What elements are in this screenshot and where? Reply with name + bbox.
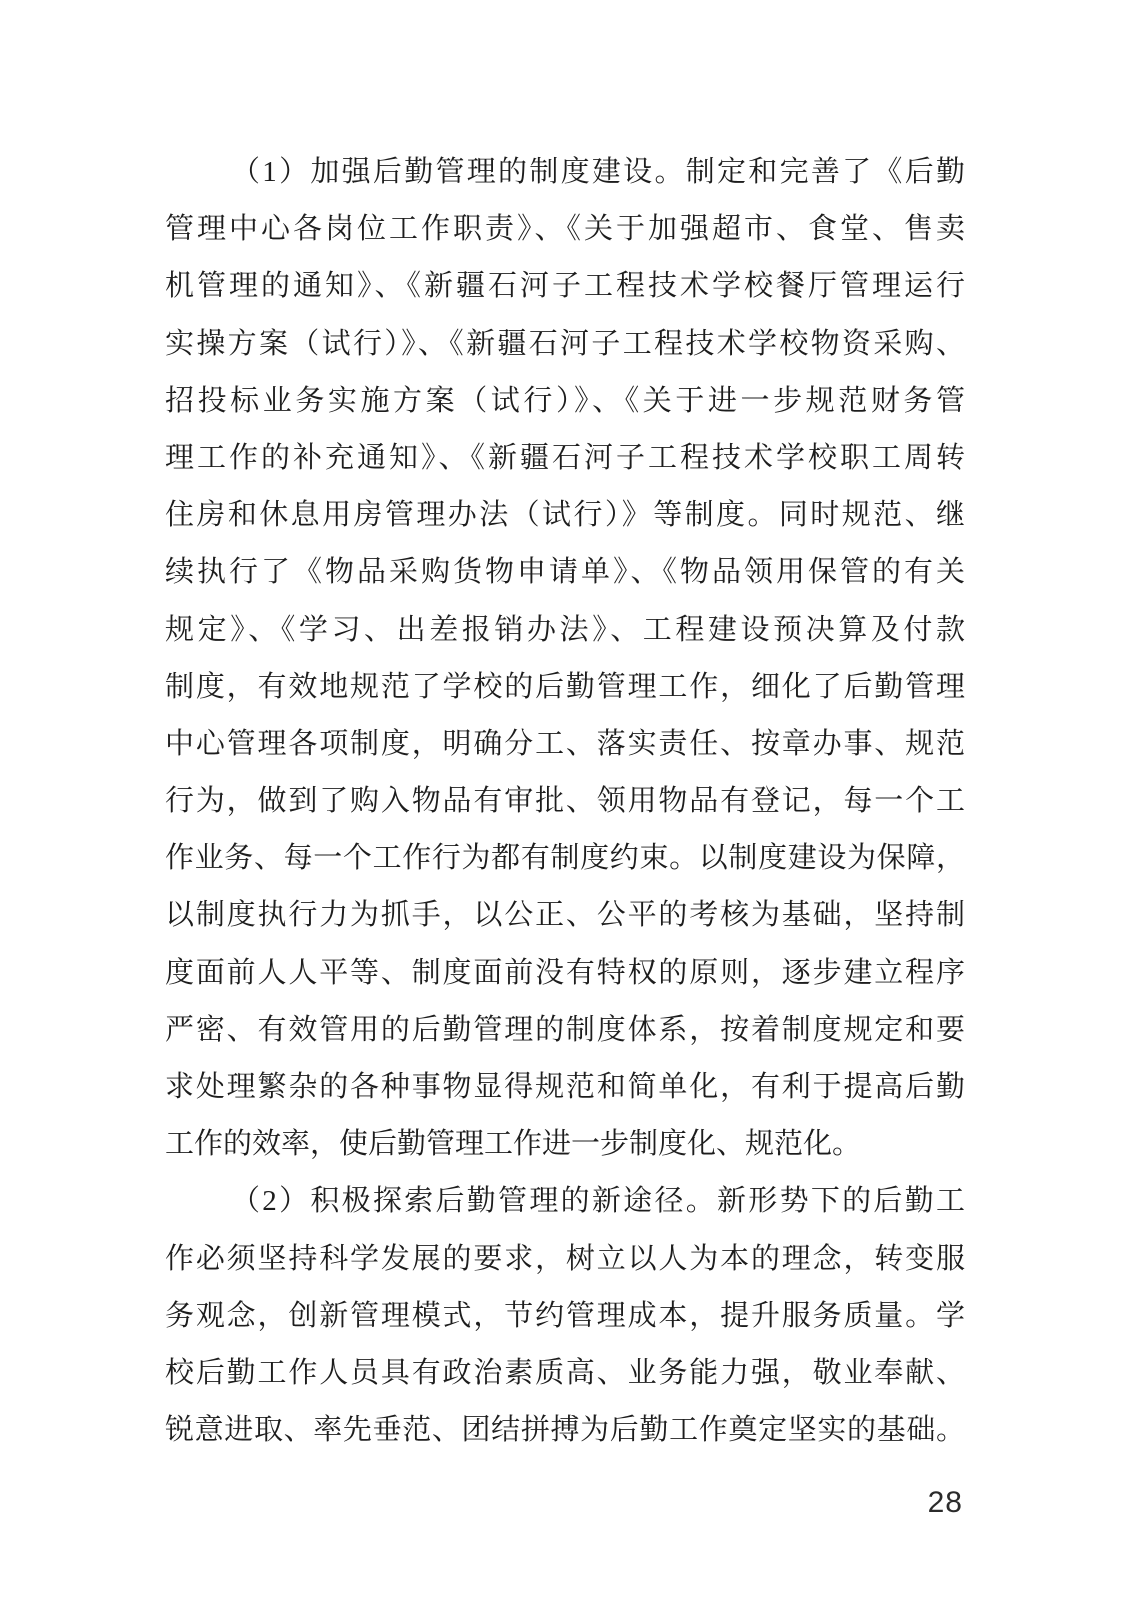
- text-line: 务观念，创新管理模式，节约管理成本，提升服务质量。学: [165, 1288, 965, 1345]
- text-line: 机管理的通知》、《新疆石河子工程技术学校餐厅管理运行: [165, 258, 965, 315]
- text-line: 制度，有效地规范了学校的后勤管理工作，细化了后勤管理: [165, 659, 965, 716]
- text-line: 中心管理各项制度，明确分工、落实责任、按章办事、规范: [165, 716, 965, 773]
- text-line: 行为，做到了购入物品有审批、领用物品有登记，每一个工: [165, 773, 965, 830]
- text-line: 求处理繁杂的各种事物显得规范和简单化，有利于提高后勤: [165, 1059, 965, 1116]
- text-line: 以制度执行力为抓手，以公正、公平的考核为基础，坚持制: [165, 887, 965, 944]
- document-page: （1）加强后勤管理的制度建设。制定和完善了《后勤 管理中心各岗位工作职责》、《关…: [0, 0, 1131, 1600]
- text-line: 锐意进取、率先垂范、团结拼搏为后勤工作奠定坚实的基础。: [165, 1402, 965, 1459]
- text-line: 规定》、《学习、出差报销办法》、工程建设预决算及付款: [165, 602, 965, 659]
- text-line: （1）加强后勤管理的制度建设。制定和完善了《后勤: [165, 144, 965, 201]
- text-line: 管理中心各岗位工作职责》、《关于加强超市、食堂、售卖: [165, 201, 965, 258]
- text-line: 住房和休息用房管理办法（试行）》等制度。同时规范、继: [165, 487, 965, 544]
- text-line: 严密、有效管用的后勤管理的制度体系，按着制度规定和要: [165, 1002, 965, 1059]
- body-text: （1）加强后勤管理的制度建设。制定和完善了《后勤 管理中心各岗位工作职责》、《关…: [165, 144, 965, 1459]
- text-line: 度面前人人平等、制度面前没有特权的原则，逐步建立程序: [165, 945, 965, 1002]
- text-line: （2）积极探索后勤管理的新途径。新形势下的后勤工: [165, 1173, 965, 1230]
- text-line: 续执行了《物品采购货物申请单》、《物品领用保管的有关: [165, 544, 965, 601]
- page-number: 28: [928, 1486, 963, 1520]
- text-line: 工作的效率，使后勤管理工作进一步制度化、规范化。: [165, 1116, 965, 1173]
- text-line: 招投标业务实施方案（试行）》、《关于进一步规范财务管: [165, 373, 965, 430]
- text-line: 理工作的补充通知》、《新疆石河子工程技术学校职工周转: [165, 430, 965, 487]
- text-line: 实操方案（试行）》、《新疆石河子工程技术学校物资采购、: [165, 316, 965, 373]
- text-line: 校后勤工作人员具有政治素质高、业务能力强，敬业奉献、: [165, 1345, 965, 1402]
- text-line: 作业务、每一个工作行为都有制度约束。以制度建设为保障，: [165, 830, 965, 887]
- text-line: 作必须坚持科学发展的要求，树立以人为本的理念，转变服: [165, 1231, 965, 1288]
